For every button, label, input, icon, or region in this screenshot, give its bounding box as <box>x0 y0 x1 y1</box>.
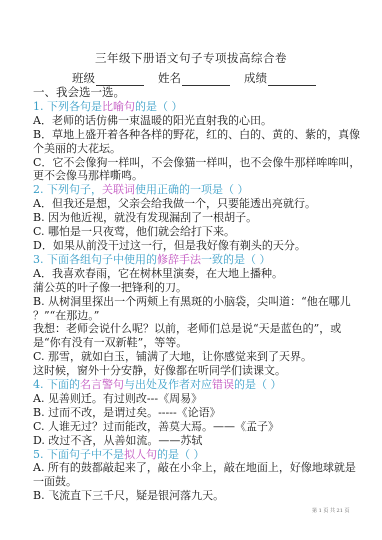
section-heading: 一、我会选一选。 <box>33 86 353 100</box>
question-2: 2. 下列句子，关联词使用正确的一项是（ ） A．但我还是想，父亲会给我做一个，… <box>33 183 353 253</box>
class-field: 班级 <box>72 70 144 86</box>
prompt-text: 与出处及作者对应 <box>124 378 212 391</box>
prompt-text: 的是（ ） <box>157 448 205 461</box>
option-line: 个美丽的大花坛。 <box>33 142 353 156</box>
student-info-row: 班级 姓名 成绩 <box>72 70 316 86</box>
class-label: 班级 <box>72 70 95 86</box>
option-line: 这时候，窗外十分安静，好像都在听同学们读课文。 <box>33 364 353 378</box>
option-line: D．如果从前没干过这一行，但是我好像有剃头的天分。 <box>33 239 353 253</box>
document-content: 一、我会选一选。 1. 下列各句是比喻句的是（ ） A．老师的话仿佛一束温暖的阳… <box>33 86 353 503</box>
name-label: 姓名 <box>158 70 181 86</box>
prompt-text: 4. 下面的 <box>33 378 80 391</box>
prompt-text: 2. 下列句子， <box>33 183 102 196</box>
prompt-keyword: 修辞手法 <box>157 253 201 266</box>
score-label: 成绩 <box>244 70 267 86</box>
prompt-keyword: 错误 <box>212 378 234 391</box>
option-line: C. 那雪，就如白玉，铺满了大地，让你感觉来到了天界。 <box>33 350 353 364</box>
prompt-keyword: 名言警句 <box>80 378 124 391</box>
option-line: A. 见善则迁。有过则改---《周易》 <box>33 392 353 406</box>
document-page: 三年级下册语文句子专项拔高综合卷 班级 姓名 成绩 一、我会选一选。 1. 下列… <box>0 0 382 540</box>
name-field: 姓名 <box>158 70 230 86</box>
option-line: D. 改过不吝，从善如流。——苏轼 <box>33 434 353 448</box>
prompt-keyword: 拟人句 <box>124 448 157 461</box>
prompt-text: 3. 下面各组句子中使用的 <box>33 253 157 266</box>
option-line: 我想：老师会说什么呢？以前，老师们总是说“天是蓝色的”，或 <box>33 322 353 336</box>
prompt-text: 5. 下面句子中不是 <box>33 448 124 461</box>
question-prompt: 1. 下列各句是比喻句的是（ ） <box>33 100 353 114</box>
option-line: C. 哪怕是一只夜莺，他们就会给打下来。 <box>33 225 353 239</box>
question-prompt: 5. 下面句子中不是拟人句的是（ ） <box>33 448 353 462</box>
option-line: 更不会像马那样嘶鸣。 <box>33 169 353 183</box>
prompt-text: 一致的是（ ） <box>201 253 271 266</box>
question-prompt: 2. 下列句子，关联词使用正确的一项是（ ） <box>33 183 353 197</box>
prompt-text: 使用正确的一项是（ ） <box>135 183 249 196</box>
option-line: B. 飞流直下三千尺，疑是银河落九天。 <box>33 489 353 503</box>
prompt-keyword: 关联词 <box>102 183 135 196</box>
option-line: 蒲公英的叶子像一把锋利的刀。 <box>33 281 353 295</box>
score-field: 成绩 <box>244 70 316 86</box>
option-line: B．草地上盛开着各种各样的野花，红的、白的、黄的、紫的，真像 <box>33 128 353 142</box>
question-prompt: 4. 下面的名言警句与出处及作者对应错误的是（ ） <box>33 378 353 392</box>
prompt-text: 的是（ ） <box>234 378 282 391</box>
document-title: 三年级下册语文句子专项拔高综合卷 <box>0 50 382 66</box>
option-line: B. 从树洞里探出一个两颊上有黑斑的小脑袋，尖叫道：“他在哪儿 <box>33 295 353 309</box>
question-4: 4. 下面的名言警句与出处及作者对应错误的是（ ） A. 见善则迁。有过则改--… <box>33 378 353 448</box>
option-line: C. 人谁无过？过而能改，善莫大焉。——《孟子》 <box>33 420 353 434</box>
option-line: A．我喜欢春雨，它在树林里演奏，在大地上播种。 <box>33 267 353 281</box>
prompt-keyword: 比喻句 <box>102 100 135 113</box>
option-line: 是“你有没有一双新鞋”，等等。 <box>33 336 353 350</box>
question-prompt: 3. 下面各组句子中使用的修辞手法一致的是（ ） <box>33 253 353 267</box>
option-line: 一面鼓。 <box>33 475 353 489</box>
question-1: 1. 下列各句是比喻句的是（ ） A．老师的话仿佛一束温暖的阳光直射我的心田。 … <box>33 100 353 183</box>
page-number: 第 1 页 共 21 页 <box>312 507 350 514</box>
option-line: B. 过而不改，是谓过矣。-----《论语》 <box>33 406 353 420</box>
option-line: A．但我还是想，父亲会给我做一个，只要能透出亮就行。 <box>33 197 353 211</box>
question-3: 3. 下面各组句子中使用的修辞手法一致的是（ ） A．我喜欢春雨，它在树林里演奏… <box>33 253 353 378</box>
prompt-text: 的是（ ） <box>135 100 183 113</box>
option-line: C．它不会像狗一样叫，不会像猫一样叫，也不会像牛那样哞哞叫， <box>33 156 353 170</box>
option-line: ？”“在那边。” <box>33 309 353 323</box>
name-blank[interactable] <box>182 74 230 86</box>
question-5: 5. 下面句子中不是拟人句的是（ ） A. 所有的鼓都敲起来了，敲在小伞上，敲在… <box>33 448 353 504</box>
prompt-text: 1. 下列各句是 <box>33 100 102 113</box>
score-blank[interactable] <box>268 74 316 86</box>
option-line: B. 因为他近视，就没有发现漏刮了一根胡子。 <box>33 211 353 225</box>
option-line: A．老师的话仿佛一束温暖的阳光直射我的心田。 <box>33 114 353 128</box>
option-line: A. 所有的鼓都敲起来了，敲在小伞上，敲在地面上，好像地球就是 <box>33 461 353 475</box>
